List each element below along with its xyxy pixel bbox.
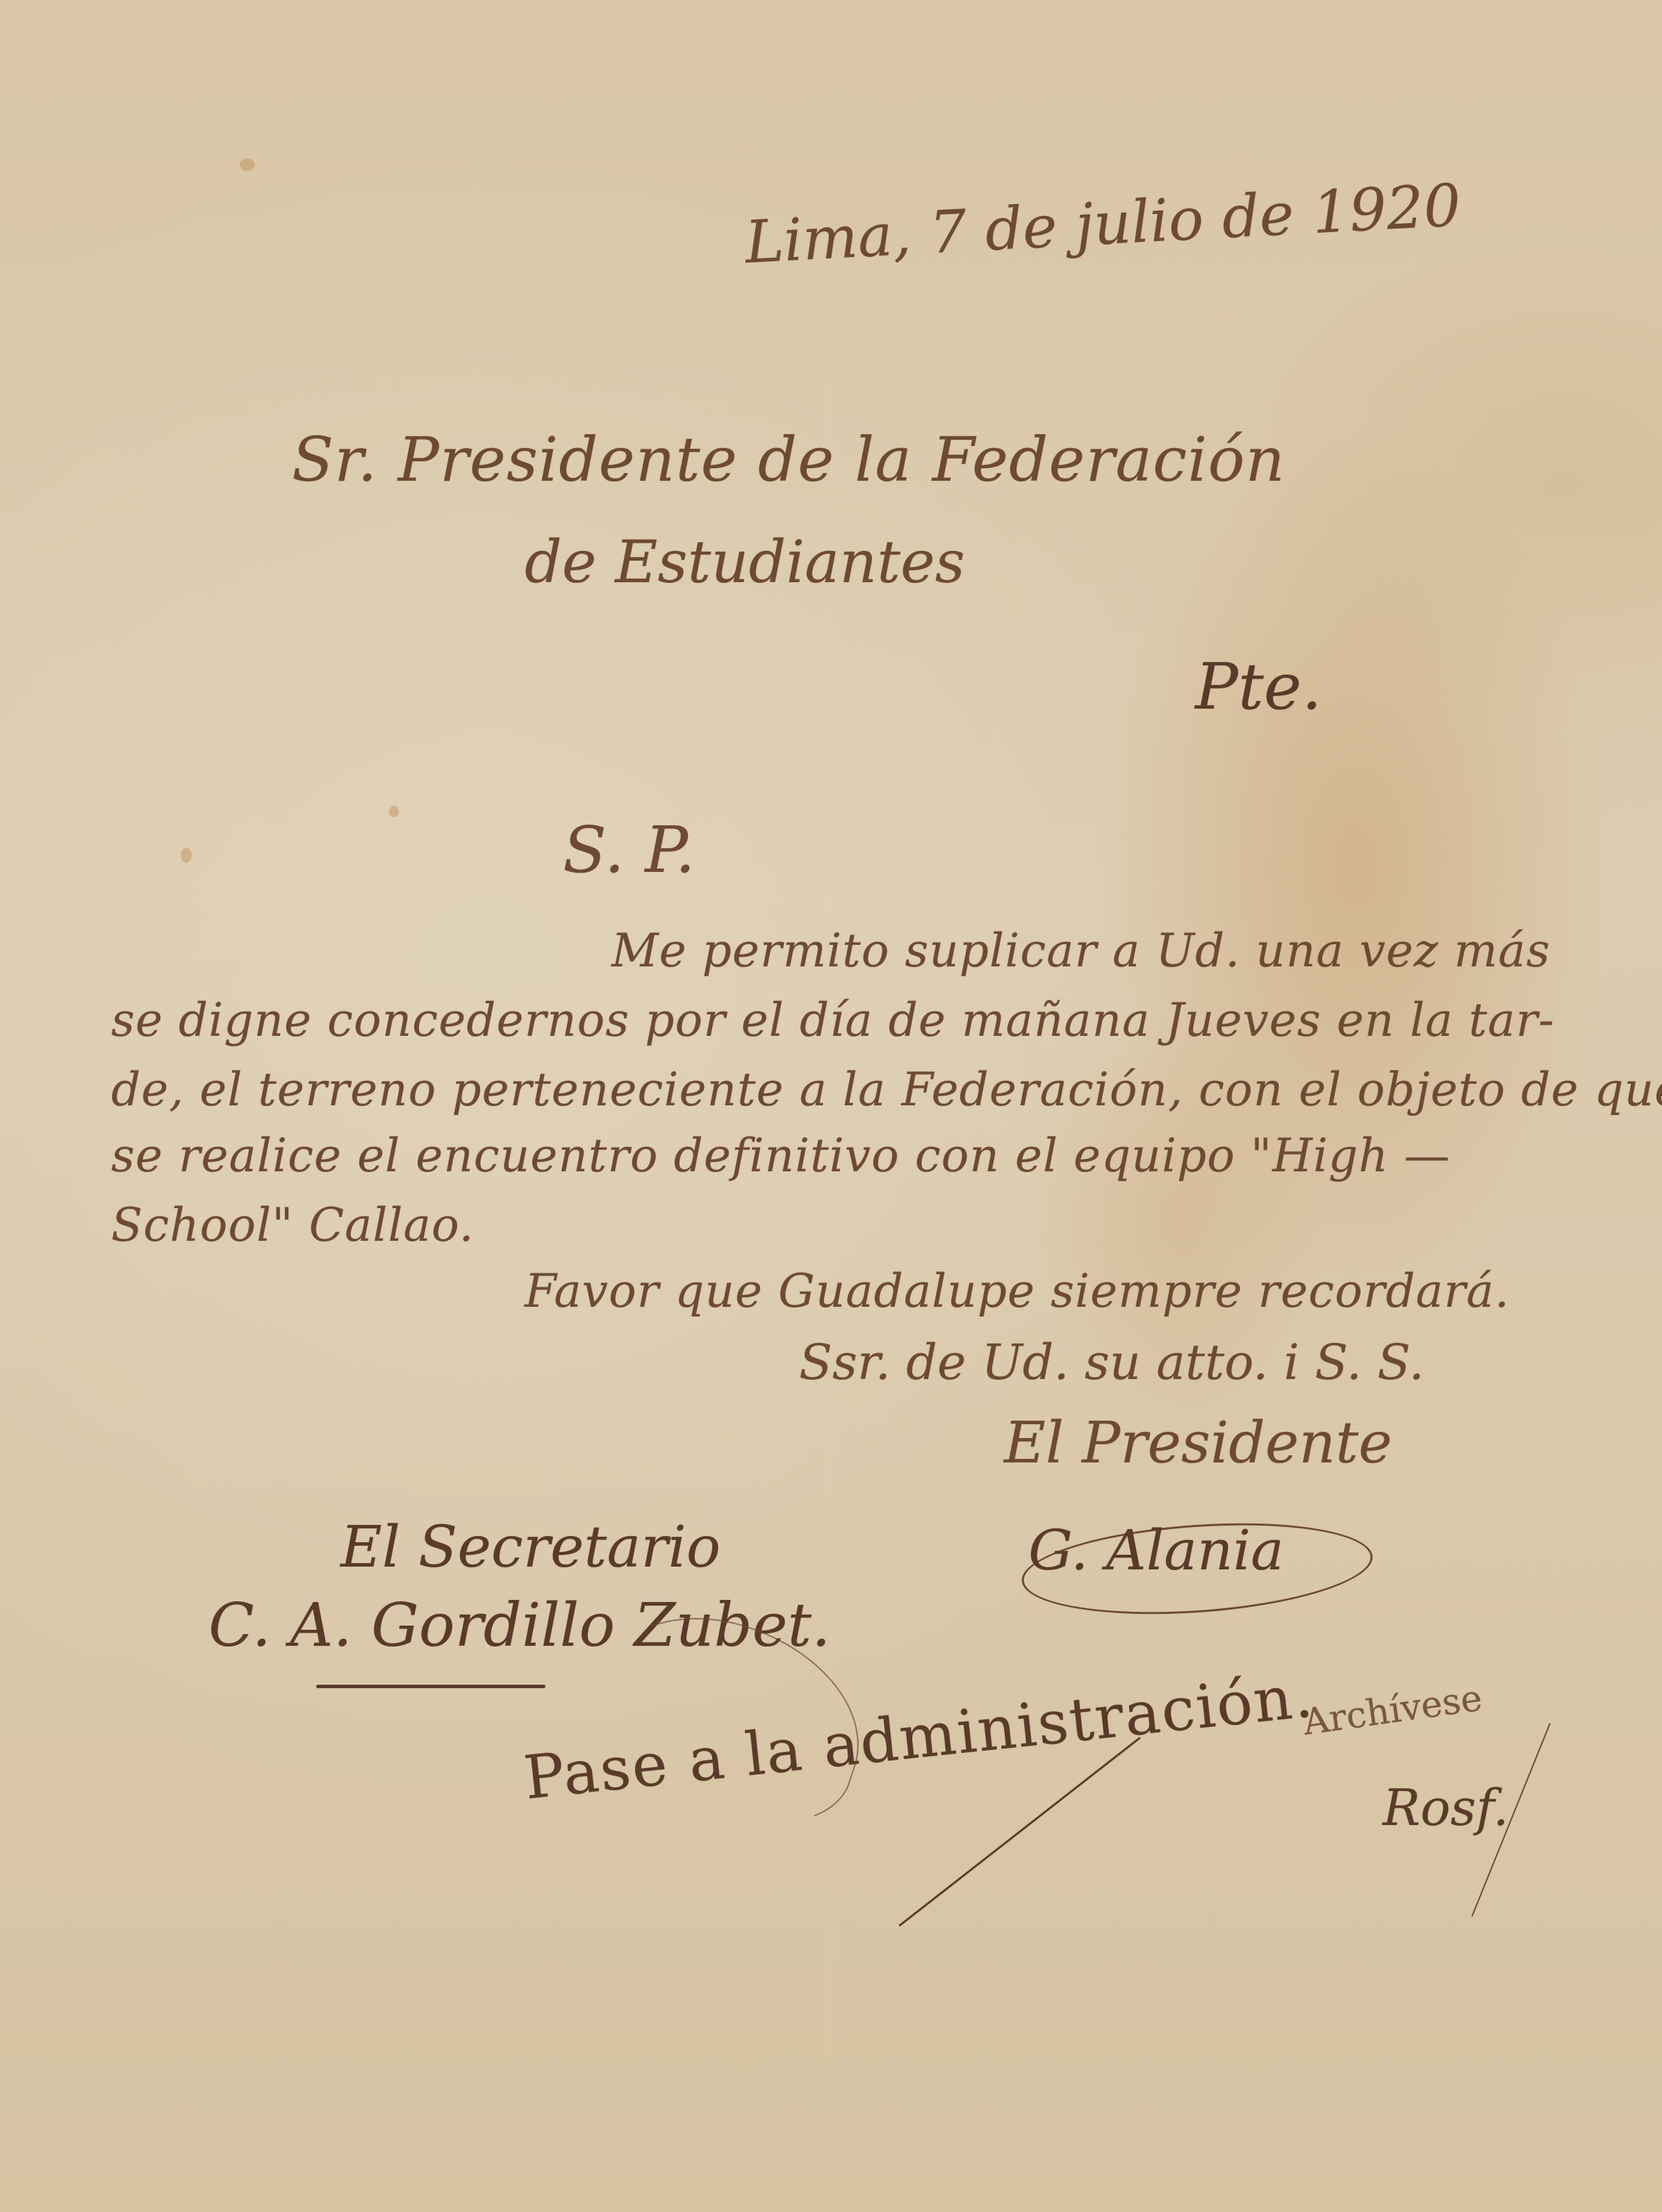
body-line: de, el terreno perteneciente a la Federa… — [111, 1063, 1662, 1116]
body-line: Me permito suplicar a Ud. una vez más — [611, 924, 1551, 977]
salutation: S. P. — [563, 813, 696, 887]
addressee-line-2: de Estudiantes — [525, 528, 965, 596]
president-signature: G. Alania — [1028, 1518, 1284, 1583]
addressee-locality: Pte. — [1195, 650, 1322, 724]
closing-line-1: Favor que Guadalupe siempre recordará. — [525, 1264, 1510, 1318]
body-line: se digne concedernos por el día de mañan… — [111, 993, 1554, 1047]
closing-line-2: Ssr. de Ud. su atto. i S. S. — [799, 1334, 1424, 1391]
paper-speck — [181, 848, 192, 863]
addressee-line-1: Sr. Presidente de la Federación — [292, 424, 1285, 495]
signature-underline — [316, 1685, 545, 1688]
paper-speck — [389, 806, 399, 817]
annotation-initials: Rosf. — [1383, 1778, 1508, 1837]
body-line: School" Callao. — [111, 1198, 475, 1252]
secretary-title: El Secretario — [340, 1514, 721, 1580]
body-line: se realice el encuentro definitivo con e… — [111, 1129, 1451, 1182]
paper-speck — [240, 158, 255, 171]
president-title: El Presidente — [1004, 1410, 1392, 1476]
